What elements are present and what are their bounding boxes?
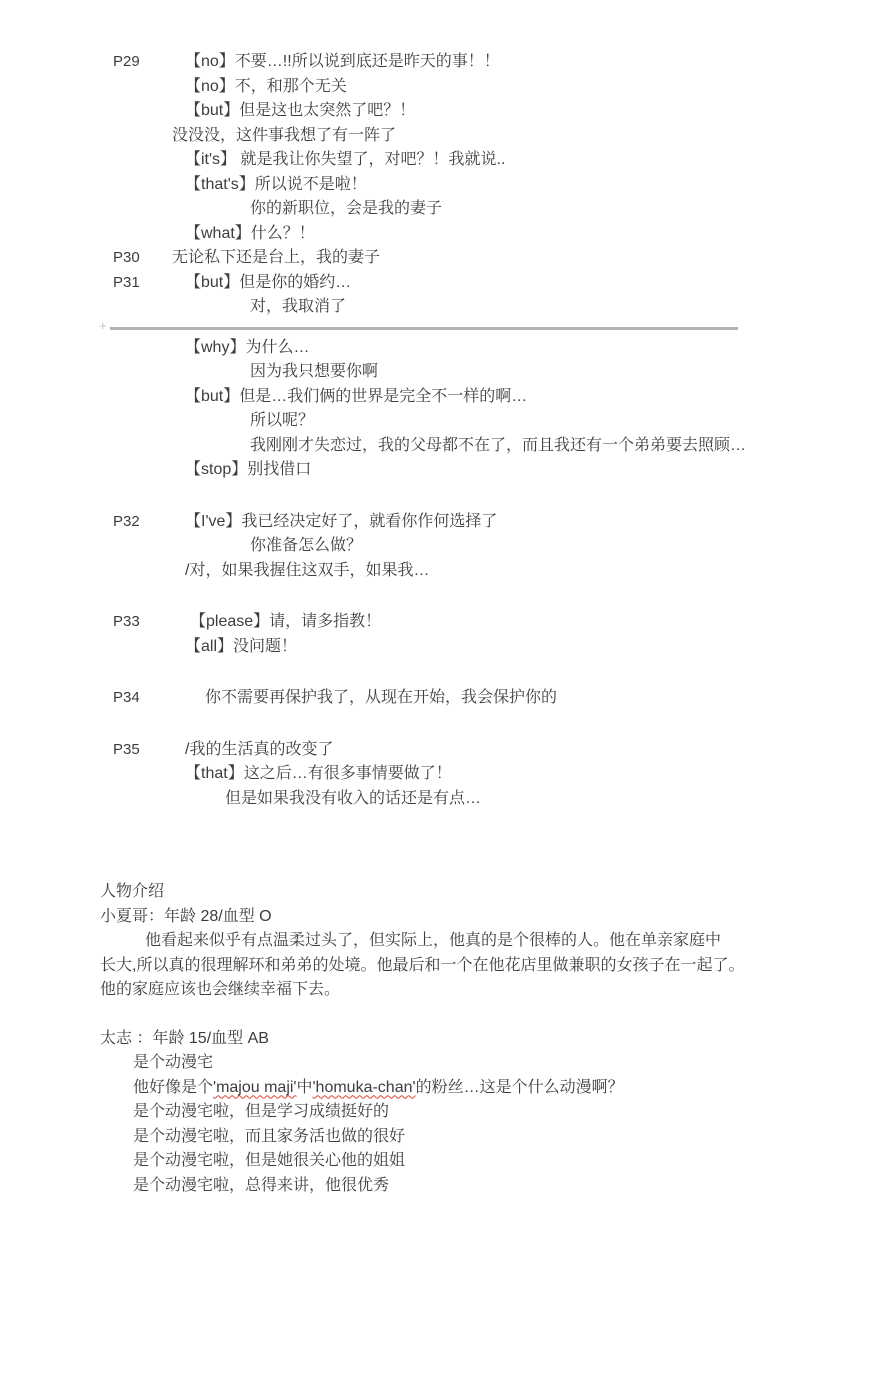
line-text: 【but】但是…我们俩的世界是完全不一样的啊… [185,385,527,410]
line-text: 小夏哥：年龄 28/血型 O [100,905,272,930]
script-line: 所以呢？ [0,409,869,434]
line-text: 他好像是个'majou maji'中'homuka-chan'的粉丝…这是个什么… [133,1076,624,1101]
script-line: 【stop】别找借口 [0,458,869,483]
line-text: 人物介绍 [100,880,164,905]
line-text: 【but】但是这也太突然了吧？！ [185,99,415,124]
line-text: 【no】不，和那个无关 [185,75,347,100]
script-line: 他好像是个'majou maji'中'homuka-chan'的粉丝…这是个什么… [0,1076,869,1101]
line-text: 你不需要再保护我了，从现在开始，我会保护你的 [205,686,557,711]
blank-space [0,483,869,510]
page-label: P35 [113,738,140,763]
script-line: 是个动漫宅啦，但是她很关心他的姐姐 [0,1149,869,1174]
script-line: 是个动漫宅 [0,1051,869,1076]
line-text: 【it's】 就是我让你失望了，对吧？！我就说.. [185,148,505,173]
section-divider: + [0,320,869,336]
line-text: 但是如果我没有收入的话还是有点… [225,787,481,812]
line-text: 没没没，这件事我想了有一阵了 [172,124,396,149]
spellcheck-word: 'homuka-chan' [313,1079,416,1096]
script-line: 你准备怎么做？ [0,534,869,559]
line-text: 无论私下还是台上，我的妻子 [172,246,380,271]
page-label: P30 [113,246,140,271]
page-label: P32 [113,510,140,535]
script-line: 对，我取消了 [0,295,869,320]
line-text: 【I've】我已经决定好了，就看你作何选择了 [185,510,497,535]
line-text: 是个动漫宅啦，但是她很关心他的姐姐 [133,1149,405,1174]
line-text: 【stop】别找借口 [185,458,311,483]
script-line-with-page: P35/我的生活真的改变了 [0,738,869,763]
script-line: 他的家庭应该也会继续幸福下去。 [0,978,869,1003]
text-segment: 他好像是个 [133,1079,213,1096]
script-line-with-page: P34你不需要再保护我了，从现在开始，我会保护你的 [0,686,869,711]
line-text: /我的生活真的改变了 [185,738,333,763]
script-line: 【why】为什么… [0,336,869,361]
horizontal-rule [110,327,738,330]
line-text: 你的新职位，会是我的妻子 [250,197,442,222]
script-line: 是个动漫宅啦，但是学习成绩挺好的 [0,1100,869,1125]
page-label: P33 [113,610,140,635]
line-text: 是个动漫宅啦，总得来讲，他很优秀 [133,1174,389,1199]
line-text: 【what】什么？！ [185,222,315,247]
script-line: 长大,所以真的很理解环和弟弟的处境。他最后和一个在他花店里做兼职的女孩子在一起了… [0,954,869,979]
script-line: 因为我只想要你啊 [0,360,869,385]
page-label: P34 [113,686,140,711]
script-line: 他看起来似乎有点温柔过头了，但实际上，他真的是个很棒的人。他在单亲家庭中 [0,929,869,954]
script-line: /对，如果我握住这双手，如果我… [0,559,869,584]
script-line: 是个动漫宅啦，而且家务活也做的很好 [0,1125,869,1150]
script-line-with-page: P29【no】不要…!!所以说到底还是昨天的事！！ [0,50,869,75]
document-page: P29【no】不要…!!所以说到底还是昨天的事！！【no】不，和那个无关【but… [0,0,869,1198]
script-line: 我刚刚才失恋过，我的父母都不在了，而且我还有一个弟弟要去照顾… [0,434,869,459]
line-text: 是个动漫宅啦，但是学习成绩挺好的 [133,1100,389,1125]
line-text: 【why】为什么… [185,336,309,361]
script-line: 但是如果我没有收入的话还是有点… [0,787,869,812]
spellcheck-word: 'majou maji' [213,1079,296,1096]
line-text: 你准备怎么做？ [250,534,362,559]
script-line: 人物介绍 [0,880,869,905]
script-line: 【what】什么？！ [0,222,869,247]
line-text: 长大,所以真的很理解环和弟弟的处境。他最后和一个在他花店里做兼职的女孩子在一起了… [100,954,744,979]
text-segment: 的粉丝…这是个什么动漫啊？ [416,1079,624,1096]
blank-space [0,1003,869,1027]
script-line: 【it's】 就是我让你失望了，对吧？！我就说.. [0,148,869,173]
script-line-with-page: P31【but】但是你的婚约… [0,271,869,296]
page-label: P31 [113,271,140,296]
blank-space [0,711,869,738]
line-text: 我刚刚才失恋过，我的父母都不在了，而且我还有一个弟弟要去照顾… [250,434,746,459]
line-text: 【no】不要…!!所以说到底还是昨天的事！！ [185,50,500,75]
script-line: 你的新职位，会是我的妻子 [0,197,869,222]
script-line: 【all】没问题！ [0,635,869,660]
line-text: 所以呢？ [250,409,314,434]
blank-space [0,583,869,610]
document-body: P29【no】不要…!!所以说到底还是昨天的事！！【no】不，和那个无关【but… [0,50,869,1198]
line-text: 【please】请，请多指教！ [190,610,381,635]
script-line-with-page: P32【I've】我已经决定好了，就看你作何选择了 [0,510,869,535]
line-text: 【all】没问题！ [185,635,297,660]
line-text: 对，我取消了 [250,295,346,320]
line-text: 【that】这之后…有很多事情要做了！ [185,762,452,787]
line-text: 太志 ：年龄 15/血型 AB [100,1027,269,1052]
page-label: P29 [113,50,140,75]
blank-space [0,811,869,880]
script-line: 【no】不，和那个无关 [0,75,869,100]
script-line-with-page: P30无论私下还是台上，我的妻子 [0,246,869,271]
script-line: 没没没，这件事我想了有一阵了 [0,124,869,149]
line-text: 是个动漫宅 [133,1051,213,1076]
script-line: 【that's】所以说不是啦！ [0,173,869,198]
script-line-with-page: P33【please】请，请多指教！ [0,610,869,635]
anchor-mark-icon: + [99,318,107,334]
line-text: 【but】但是你的婚约… [185,271,351,296]
script-line: 【but】但是…我们俩的世界是完全不一样的啊… [0,385,869,410]
script-line: 【but】但是这也太突然了吧？！ [0,99,869,124]
script-line: 小夏哥：年龄 28/血型 O [0,905,869,930]
blank-space [0,659,869,686]
line-text: /对，如果我握住这双手，如果我… [185,559,429,584]
script-line: 是个动漫宅啦，总得来讲，他很优秀 [0,1174,869,1199]
text-segment: 中 [296,1079,312,1096]
line-text: 因为我只想要你啊 [250,360,378,385]
script-line: 【that】这之后…有很多事情要做了！ [0,762,869,787]
line-text: 他看起来似乎有点温柔过头了，但实际上，他真的是个很棒的人。他在单亲家庭中 [145,929,721,954]
script-line: 太志 ：年龄 15/血型 AB [0,1027,869,1052]
line-text: 【that's】所以说不是啦！ [185,173,367,198]
line-text: 他的家庭应该也会继续幸福下去。 [100,978,340,1003]
line-text: 是个动漫宅啦，而且家务活也做的很好 [133,1125,405,1150]
